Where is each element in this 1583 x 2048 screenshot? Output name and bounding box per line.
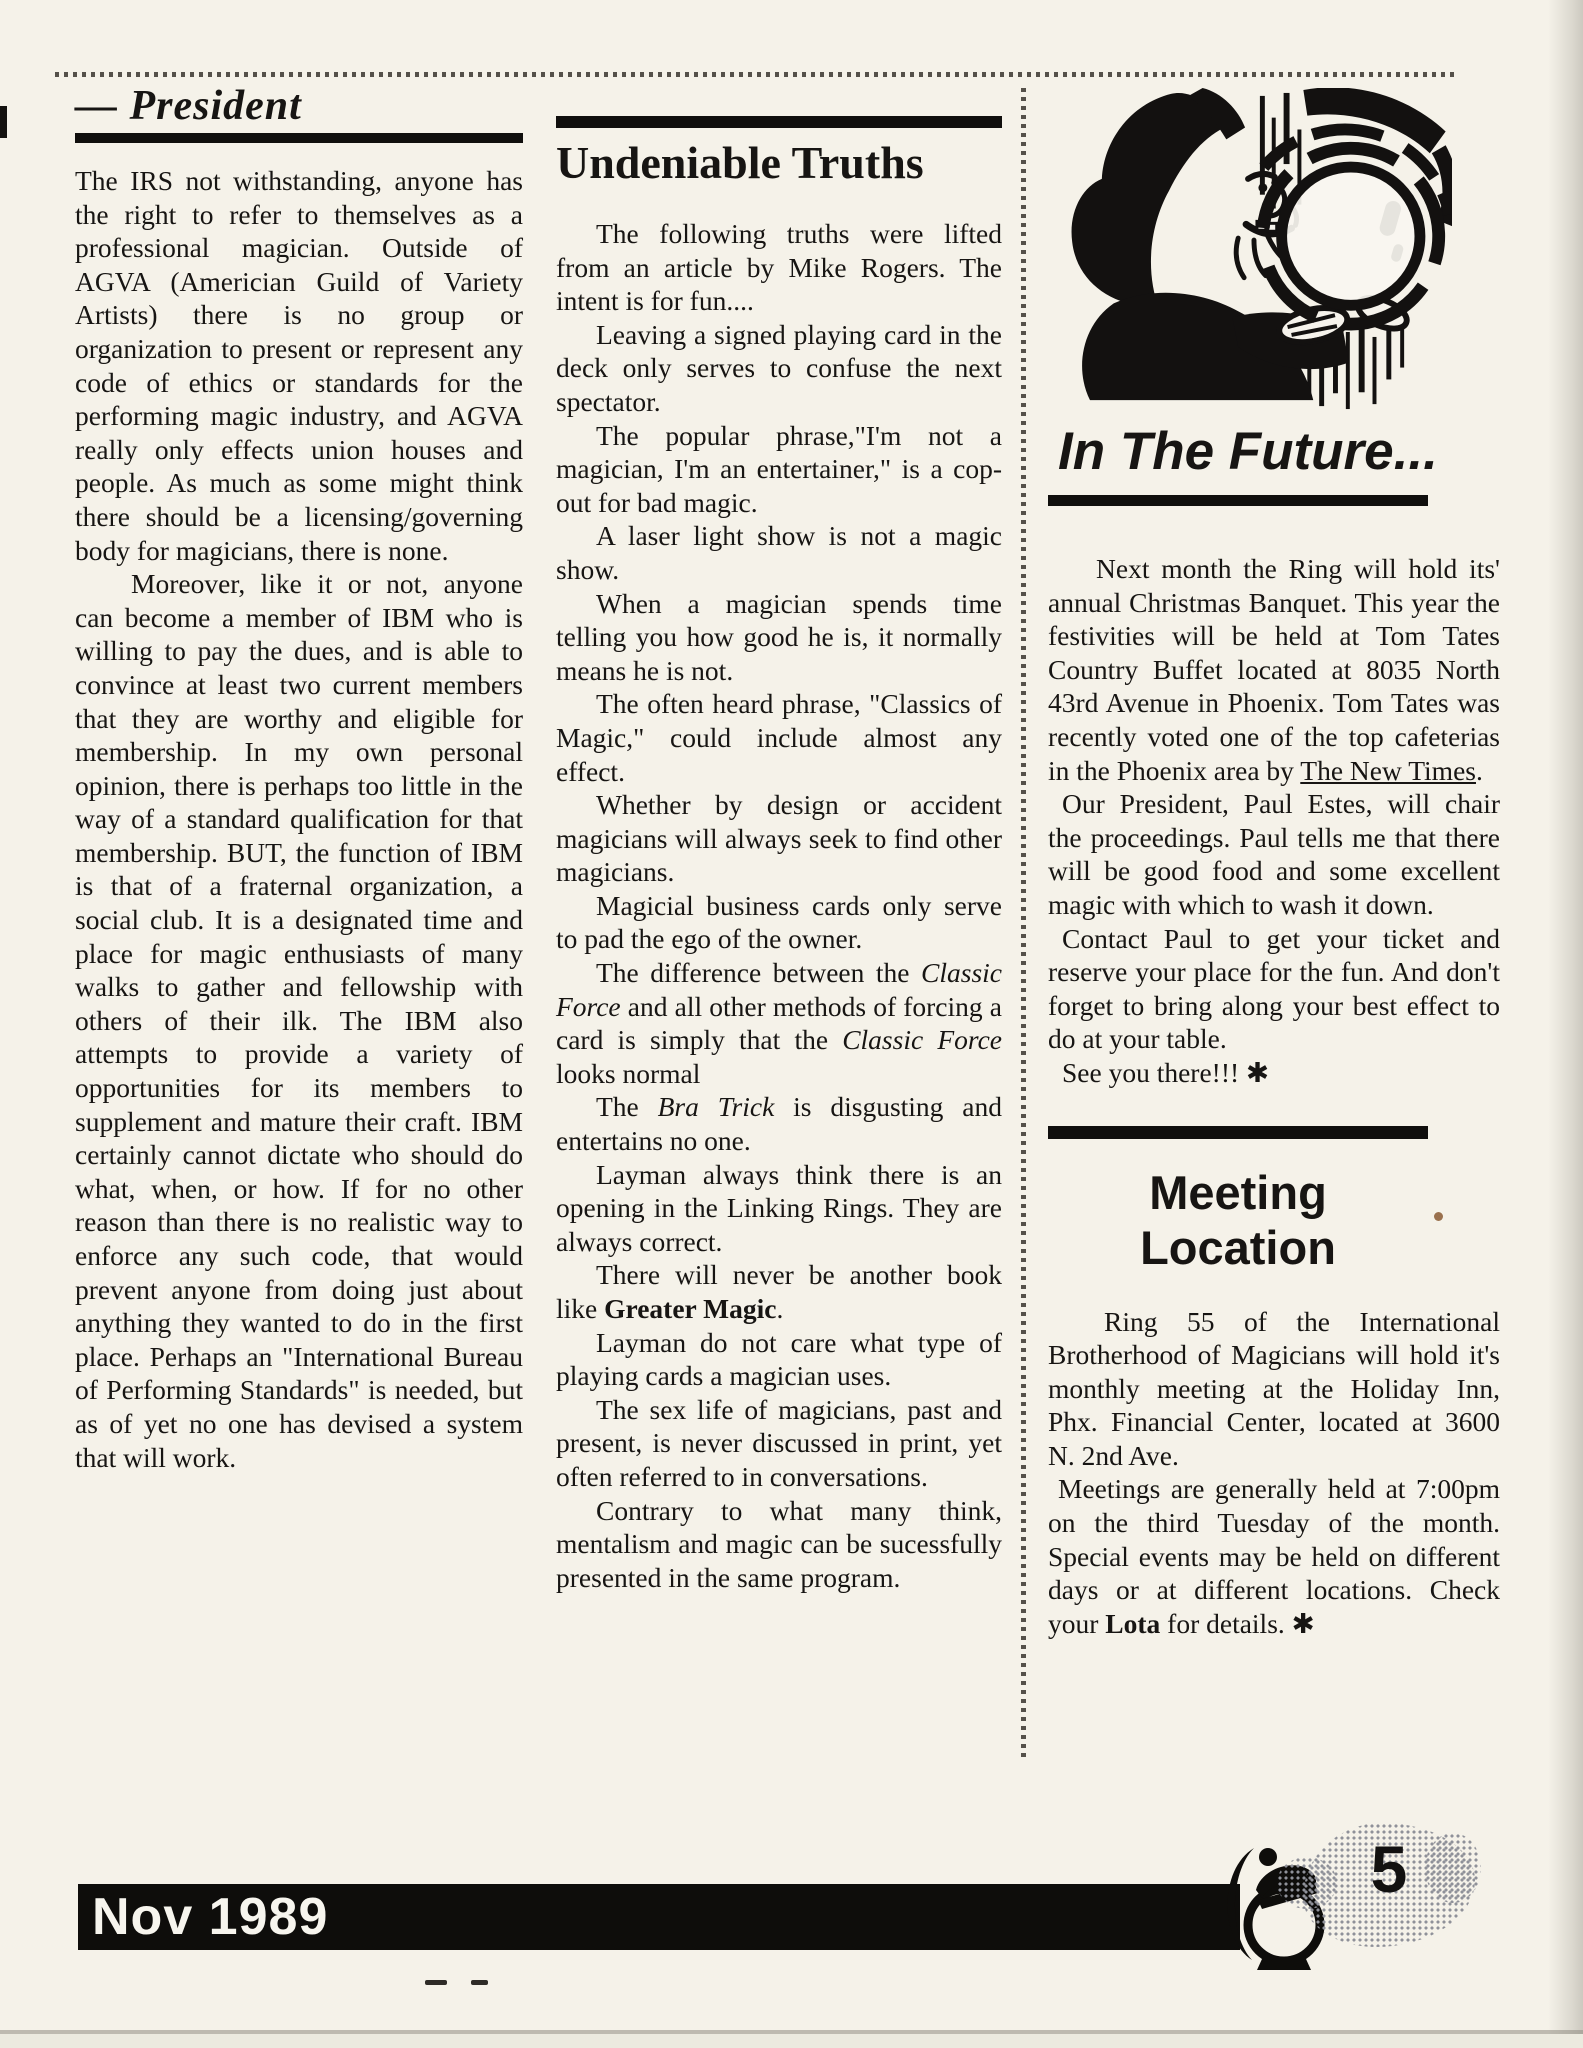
future-article: In The Future... Next month the Ring wil…	[1048, 88, 1500, 1640]
paragraph: The IRS not withstanding, anyone has the…	[75, 164, 523, 567]
meeting-title: Meeting Location	[1048, 1165, 1428, 1275]
president-article: — President The IRS not withstanding, an…	[75, 84, 523, 1474]
paragraph: Meetings are generally held at 7:00pm on…	[1048, 1472, 1500, 1640]
footer-bar: Nov 1989	[78, 1884, 1240, 1950]
scan-dashes	[425, 1972, 495, 1980]
paragraph: Contact Paul to get your ticket and rese…	[1048, 922, 1500, 1056]
future-title-rule	[1048, 495, 1428, 506]
paragraph: The difference between the Classic Force…	[556, 956, 1002, 1090]
page-bottom-strip	[0, 2034, 1583, 2048]
paragraph: Contrary to what many think, mentalism a…	[556, 1494, 1002, 1595]
paragraph: Our President, Paul Estes, will chair th…	[1048, 787, 1500, 921]
newsletter-page: { "colors": { "paper": "#f5f2e9", "ink":…	[0, 0, 1583, 2048]
page-number: 5	[1303, 1831, 1475, 1907]
paragraph: A laser light show is not a magic show.	[556, 519, 1002, 586]
truths-top-rule	[556, 116, 1002, 128]
paragraph: Magicial business cards only serve to pa…	[556, 889, 1002, 956]
paragraph: There will never be another book like Gr…	[556, 1258, 1002, 1325]
paragraph: Leaving a signed playing card in the dec…	[556, 318, 1002, 419]
paragraph: See you there!!! ✱	[1048, 1056, 1500, 1090]
paragraph: The often heard phrase, "Classics of Mag…	[556, 687, 1002, 788]
truths-body: The following truths were lifted from an…	[556, 217, 1002, 1594]
issue-date: Nov 1989	[92, 1887, 328, 1947]
meeting-body: Ring 55 of the International Brotherhood…	[1048, 1305, 1500, 1641]
paragraph: Whether by design or accident magicians …	[556, 788, 1002, 889]
page-number-cloud: 5	[1303, 1823, 1475, 1947]
paragraph: The sex life of magicians, past and pres…	[556, 1393, 1002, 1494]
page-edge-shadow	[1548, 0, 1583, 2048]
president-title-rule	[75, 133, 523, 143]
meeting-top-rule	[1048, 1126, 1428, 1139]
paragraph: Layman always think there is an opening …	[556, 1158, 1002, 1259]
president-title: — President	[75, 84, 523, 128]
truths-article: Undeniable Truths The following truths w…	[556, 116, 1002, 1594]
paragraph: Next month the Ring will hold its' annua…	[1048, 552, 1500, 787]
paragraph: When a magician spends time telling you …	[556, 587, 1002, 688]
paragraph: The following truths were lifted from an…	[556, 217, 1002, 318]
paragraph: Ring 55 of the International Brotherhood…	[1048, 1305, 1500, 1473]
column-dotted-divider	[1021, 88, 1026, 1758]
top-dotted-rule	[55, 72, 1455, 77]
paragraph: The Bra Trick is disgusting and entertai…	[556, 1090, 1002, 1157]
paragraph: The popular phrase,"I'm not a magician, …	[556, 419, 1002, 520]
paragraph: Layman do not care what type of playing …	[556, 1326, 1002, 1393]
paragraph: Moreover, like it or not, anyone can bec…	[75, 567, 523, 1474]
truths-title: Undeniable Truths	[556, 138, 1002, 188]
fortune-teller-crystal-ball-illustration	[1052, 88, 1452, 414]
scan-mark	[0, 106, 7, 138]
page-bottom-edge	[0, 2030, 1583, 2034]
future-title: In The Future...	[1058, 424, 1500, 480]
president-body: The IRS not withstanding, anyone has the…	[75, 164, 523, 1474]
future-body: Next month the Ring will hold its' annua…	[1048, 552, 1500, 1090]
